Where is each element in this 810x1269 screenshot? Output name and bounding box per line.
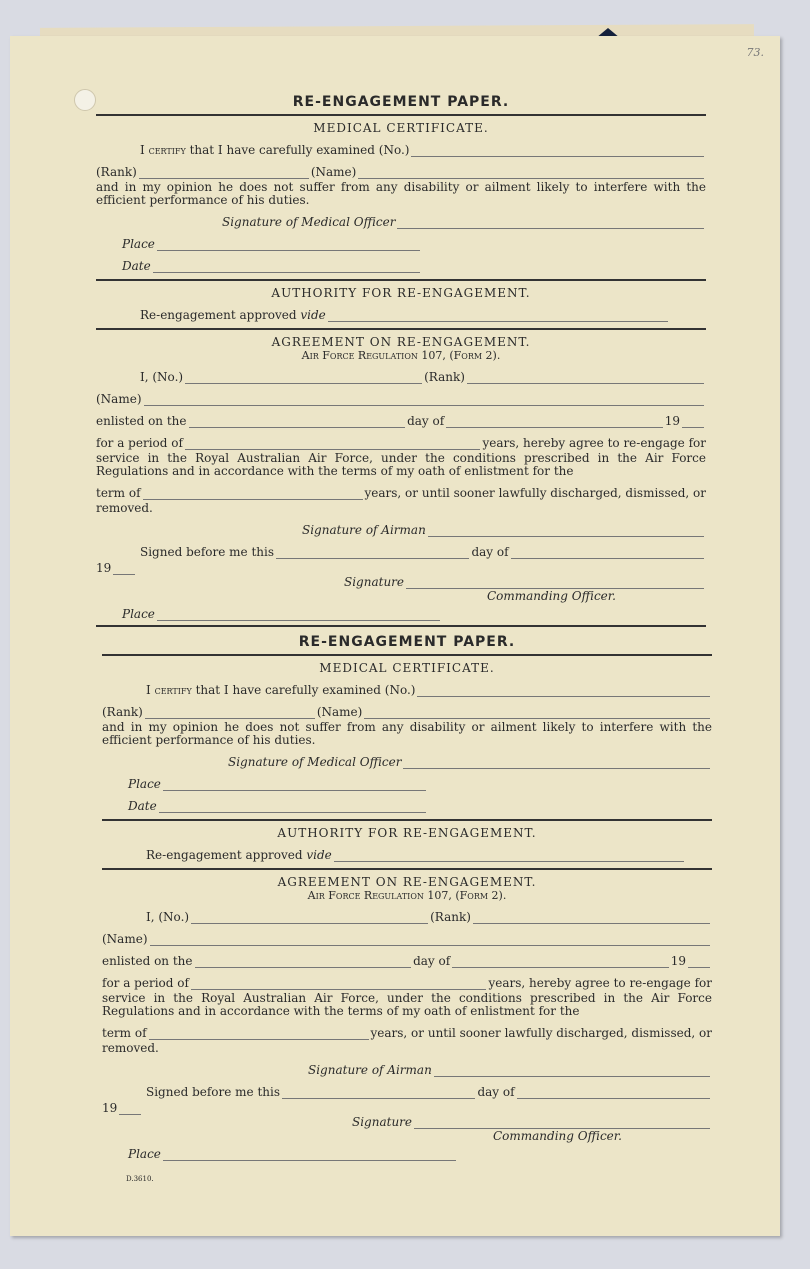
signed-day-field[interactable] <box>276 547 469 559</box>
name-line: (Name) <box>96 392 706 406</box>
rank-name-line: (Rank) (Name) <box>102 705 712 719</box>
enlisted-month-field[interactable] <box>452 956 669 968</box>
medical-signature-field[interactable] <box>397 217 704 229</box>
commanding-officer-label: Commanding Officer. <box>102 1129 712 1143</box>
approval-reference-field[interactable] <box>328 310 668 322</box>
paper-title: RE-ENGAGEMENT PAPER. <box>102 634 712 656</box>
medical-signature-line: Signature of Medical Officer <box>96 215 706 229</box>
place-line: Place <box>102 777 428 791</box>
term-line: term of years, or until sooner lawfully … <box>102 1026 712 1040</box>
airman-signature-line: Signature of Airman <box>96 523 706 537</box>
enlisted-day-field[interactable] <box>195 956 412 968</box>
name-field[interactable] <box>144 394 705 406</box>
name-field[interactable] <box>358 167 704 179</box>
signed-year-field[interactable] <box>119 1103 141 1115</box>
co-signature-line: Signature <box>102 1115 712 1129</box>
divider <box>102 868 712 870</box>
co-signature-line: Signature <box>96 575 706 589</box>
medical-heading: MEDICAL CERTIFICATE. <box>96 121 706 135</box>
name-field[interactable] <box>150 934 711 946</box>
rank-field[interactable] <box>145 707 315 719</box>
period-line: for a period of years, hereby agree to r… <box>96 436 706 450</box>
signed-month-field[interactable] <box>517 1087 710 1099</box>
date-field[interactable] <box>159 801 426 813</box>
number-field[interactable] <box>411 145 704 157</box>
rank-field[interactable] <box>139 167 309 179</box>
co-signature-field[interactable] <box>414 1117 710 1129</box>
number-field[interactable] <box>185 372 422 384</box>
medical-heading: MEDICAL CERTIFICATE. <box>102 661 712 675</box>
commanding-officer-label: Commanding Officer. <box>96 589 706 603</box>
place-field[interactable] <box>157 239 420 251</box>
form-1: RE-ENGAGEMENT PAPER. MEDICAL CERTIFICATE… <box>96 94 706 627</box>
enlisted-year-field[interactable] <box>682 416 704 428</box>
name-line: (Name) <box>102 932 712 946</box>
certify-line: I certify that I have carefully examined… <box>102 683 712 697</box>
signed-year-field[interactable] <box>113 563 135 575</box>
co-place-line: Place <box>102 1147 458 1161</box>
folio-number: 73. <box>747 46 765 59</box>
service-text: service in the Royal Australian Air Forc… <box>102 992 712 1018</box>
regulation-reference: Air Force Regulation 107, (Form 2). <box>102 889 712 902</box>
co-place-line: Place <box>96 607 442 621</box>
service-text: service in the Royal Australian Air Forc… <box>96 452 706 478</box>
certify-line: I certify that I have carefully examined… <box>96 143 706 157</box>
co-place-field[interactable] <box>157 609 440 621</box>
authority-heading: AUTHORITY FOR RE-ENGAGEMENT. <box>102 826 712 840</box>
divider <box>96 328 706 330</box>
period-field[interactable] <box>191 978 487 990</box>
rank-name-line: (Rank) (Name) <box>96 165 706 179</box>
signed-day-field[interactable] <box>282 1087 475 1099</box>
date-line: Date <box>96 259 422 273</box>
airman-signature-line: Signature of Airman <box>102 1063 712 1077</box>
approved-line: Re-engagement approved vide <box>102 848 686 862</box>
year-line: 19 <box>102 1101 712 1115</box>
regulation-reference: Air Force Regulation 107, (Form 2). <box>96 349 706 362</box>
name-field[interactable] <box>364 707 710 719</box>
signed-month-field[interactable] <box>511 547 704 559</box>
no-rank-line: I, (No.) (Rank) <box>102 910 712 924</box>
medical-signature-field[interactable] <box>403 757 710 769</box>
removed-text: removed. <box>96 502 706 515</box>
form-2: RE-ENGAGEMENT PAPER. MEDICAL CERTIFICATE… <box>102 634 712 1183</box>
period-field[interactable] <box>185 438 481 450</box>
airman-signature-field[interactable] <box>434 1065 710 1077</box>
divider <box>102 819 712 821</box>
approval-reference-field[interactable] <box>334 850 684 862</box>
paper-title: RE-ENGAGEMENT PAPER. <box>96 94 706 116</box>
opinion-text: and in my opinion he does not suffer fro… <box>102 721 712 747</box>
date-field[interactable] <box>153 261 420 273</box>
enlisted-month-field[interactable] <box>446 416 663 428</box>
enlisted-day-field[interactable] <box>189 416 406 428</box>
authority-heading: AUTHORITY FOR RE-ENGAGEMENT. <box>96 286 706 300</box>
punch-hole <box>74 89 96 111</box>
removed-text: removed. <box>102 1042 712 1055</box>
date-line: Date <box>102 799 428 813</box>
signed-before-line: Signed before me this day of <box>96 545 706 559</box>
rank-field[interactable] <box>473 912 710 924</box>
period-line: for a period of years, hereby agree to r… <box>102 976 712 990</box>
place-line: Place <box>96 237 422 251</box>
airman-signature-field[interactable] <box>428 525 704 537</box>
divider <box>96 625 706 627</box>
term-field[interactable] <box>149 1028 369 1040</box>
agreement-heading: AGREEMENT ON RE-ENGAGEMENT. <box>96 335 706 349</box>
term-field[interactable] <box>143 488 363 500</box>
document-page: 73. RE-ENGAGEMENT PAPER. MEDICAL CERTIFI… <box>10 36 780 1236</box>
term-line: term of years, or until sooner lawfully … <box>96 486 706 500</box>
divider <box>96 279 706 281</box>
form-code: D.3610. <box>102 1175 712 1183</box>
opinion-text: and in my opinion he does not suffer fro… <box>96 181 706 207</box>
co-signature-field[interactable] <box>406 577 704 589</box>
enlisted-line: enlisted on the day of 19 <box>102 954 712 968</box>
co-place-field[interactable] <box>163 1149 456 1161</box>
no-rank-line: I, (No.) (Rank) <box>96 370 706 384</box>
signed-before-line: Signed before me this day of <box>102 1085 712 1099</box>
enlisted-line: enlisted on the day of 19 <box>96 414 706 428</box>
approved-line: Re-engagement approved vide <box>96 308 670 322</box>
number-field[interactable] <box>417 685 710 697</box>
agreement-heading: AGREEMENT ON RE-ENGAGEMENT. <box>102 875 712 889</box>
rank-field[interactable] <box>467 372 704 384</box>
place-field[interactable] <box>163 779 426 791</box>
enlisted-year-field[interactable] <box>688 956 710 968</box>
medical-signature-line: Signature of Medical Officer <box>102 755 712 769</box>
year-line: 19 <box>96 561 706 575</box>
number-field[interactable] <box>191 912 428 924</box>
